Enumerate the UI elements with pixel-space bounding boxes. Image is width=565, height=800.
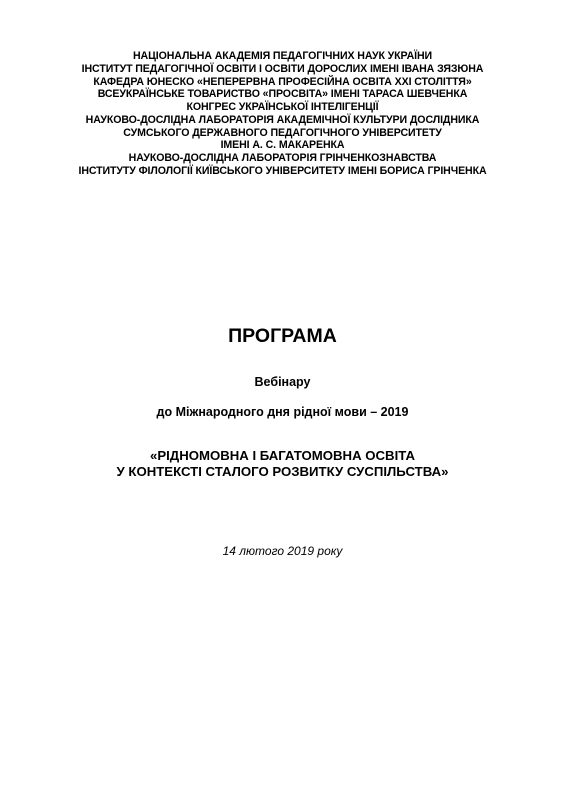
event-occasion: до Міжнародного дня рідної мови – 2019 <box>0 405 565 420</box>
organizations-header: НАЦІОНАЛЬНА АКАДЕМІЯ ПЕДАГОГІЧНИХ НАУК У… <box>0 50 565 178</box>
document-title: ПРОГРАМА <box>0 325 565 347</box>
organization-line: НАЦІОНАЛЬНА АКАДЕМІЯ ПЕДАГОГІЧНИХ НАУК У… <box>0 50 565 63</box>
organization-line: ІНСТИТУТУ ФІЛОЛОГІЇ КИЇВСЬКОГО УНІВЕРСИТ… <box>0 165 565 178</box>
organization-line: НАУКОВО-ДОСЛІДНА ЛАБОРАТОРІЯ АКАДЕМІЧНОЇ… <box>0 114 565 127</box>
organization-line: НАУКОВО-ДОСЛІДНА ЛАБОРАТОРІЯ ГРІНЧЕНКОЗН… <box>0 152 565 165</box>
event-type: Вебінару <box>0 375 565 390</box>
organization-line: КАФЕДРА ЮНЕСКО «НЕПЕРЕРВНА ПРОФЕСІЙНА ОС… <box>0 76 565 89</box>
theme-line: «РІДНОМОВНА І БАГАТОМОВНА ОСВІТА <box>0 448 565 464</box>
event-date: 14 лютого 2019 року <box>0 544 565 558</box>
document-page: НАЦІОНАЛЬНА АКАДЕМІЯ ПЕДАГОГІЧНИХ НАУК У… <box>0 0 565 800</box>
event-theme: «РІДНОМОВНА І БАГАТОМОВНА ОСВІТА У КОНТЕ… <box>0 448 565 480</box>
organization-line: КОНГРЕС УКРАЇНСЬКОЇ ІНТЕЛІГЕНЦІЇ <box>0 101 565 114</box>
organization-line: ІНСТИТУТ ПЕДАГОГІЧНОЇ ОСВІТИ І ОСВІТИ ДО… <box>0 63 565 76</box>
theme-line: У КОНТЕКСТІ СТАЛОГО РОЗВИТКУ СУСПІЛЬСТВА… <box>0 464 565 480</box>
organization-line: ВСЕУКРАЇНСЬКЕ ТОВАРИСТВО «ПРОСВІТА» ІМЕН… <box>0 88 565 101</box>
organization-line: СУМСЬКОГО ДЕРЖАВНОГО ПЕДАГОГІЧНОГО УНІВЕ… <box>0 127 565 140</box>
organization-line: ІМЕНІ А. С. МАКАРЕНКА <box>0 139 565 152</box>
